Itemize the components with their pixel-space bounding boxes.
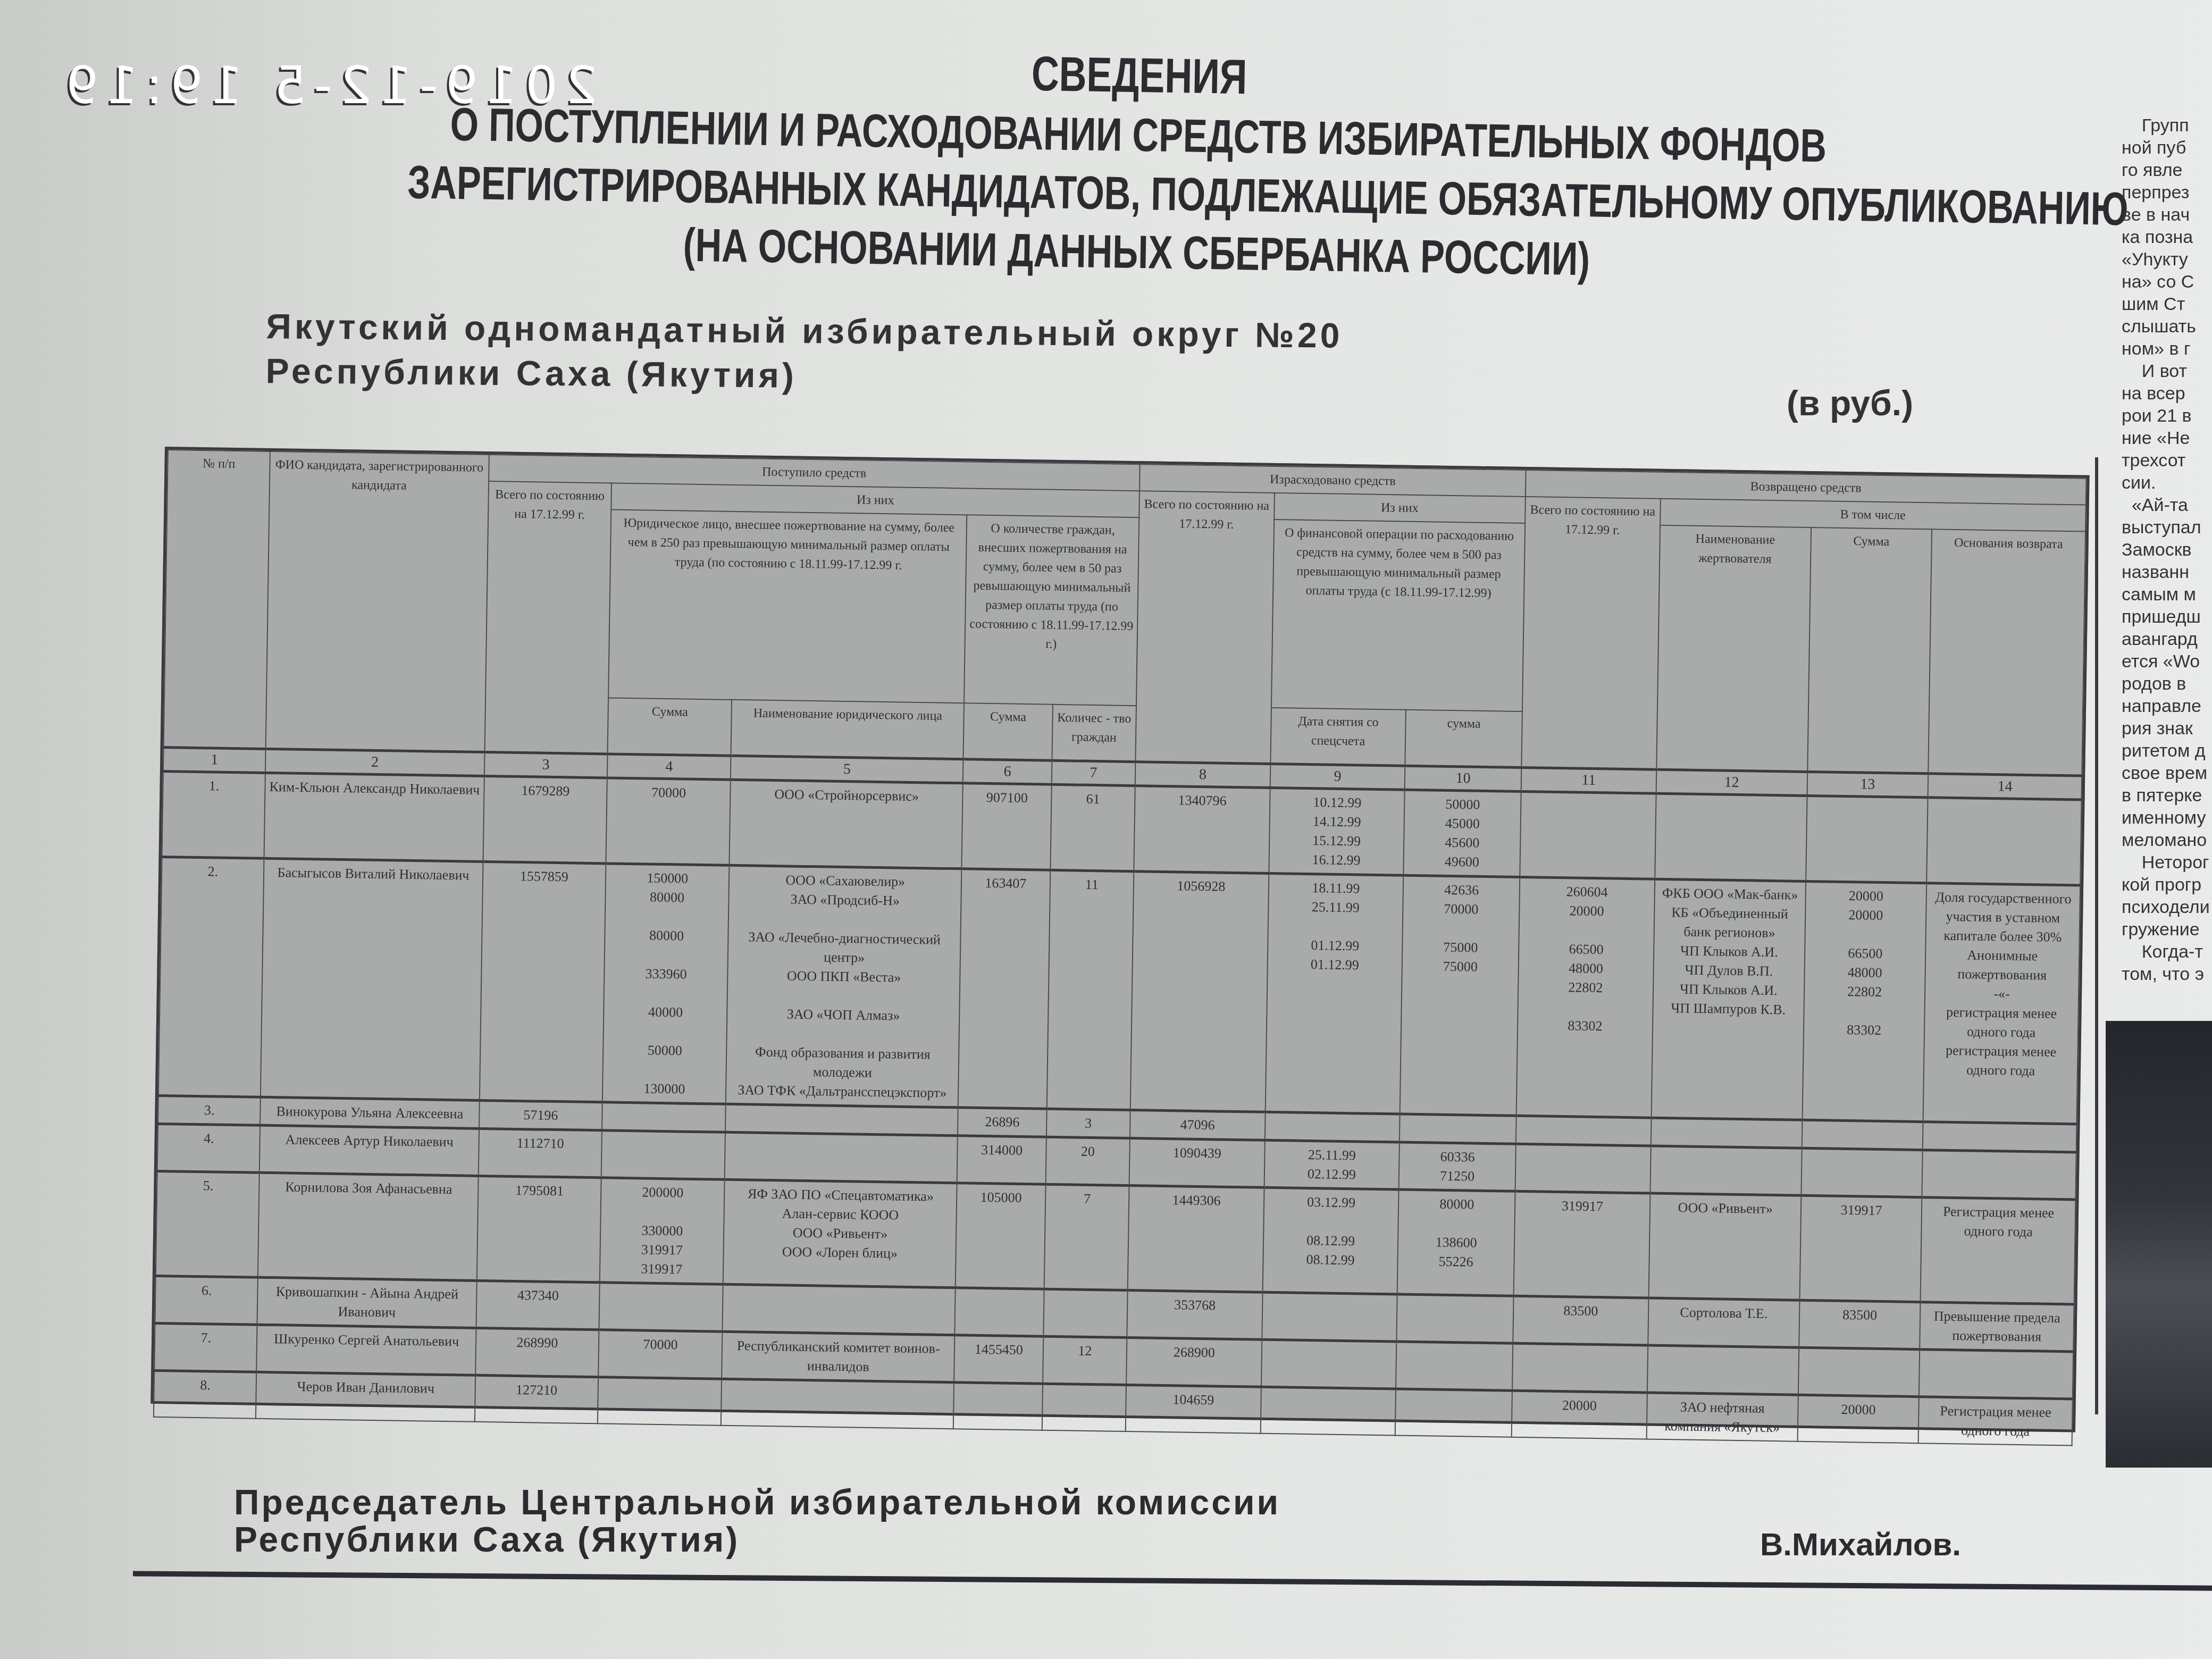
- article-line: пришедш: [2122, 606, 2212, 628]
- cell-citizens-sum: [953, 1382, 1042, 1430]
- adjacent-article-photo: [2106, 1021, 2212, 1468]
- article-line: том, что э: [2122, 963, 2212, 985]
- cell-citizens-sum: 163407: [958, 869, 1050, 1109]
- cell-spent-total: 268900: [1126, 1338, 1262, 1387]
- header-spent-of-them: Из них: [1274, 493, 1526, 523]
- cell-name: Басыгысов Виталий Николаевич: [261, 858, 483, 1100]
- cell-donor-names: Сортолова Т.Е.: [1648, 1298, 1800, 1347]
- article-line: Когда-т: [2122, 941, 2212, 963]
- funds-table: № п/п ФИО кандидата, зарегистрированного…: [153, 449, 2087, 1446]
- cell-citizens-sum: 26896: [958, 1108, 1046, 1137]
- article-line: именному: [2122, 807, 2212, 829]
- cell-citizens-sum: [955, 1288, 1044, 1336]
- cell-citizens-sum: 314000: [957, 1136, 1046, 1184]
- cell-num: 3.: [158, 1095, 261, 1125]
- article-line: «Ай-та: [2122, 494, 2212, 516]
- cell-withdraw-dates: [1265, 1112, 1400, 1142]
- article-line: рои 21 в: [2122, 405, 2212, 427]
- cell-citizens-count: 11: [1046, 870, 1134, 1110]
- cell-received-total: 437340: [476, 1280, 600, 1329]
- footer-line-1: Председатель Центральной избирательной к…: [234, 1484, 1280, 1521]
- article-line: трехсот: [2122, 449, 2212, 472]
- cell-legal-names: ООО «Стройнорсервис»: [730, 780, 963, 868]
- cell-legal-names: ЯФ ЗАО ПО «Спецавтоматика» Алан-сервис К…: [723, 1179, 957, 1287]
- article-line: ется «Wo: [2122, 650, 2212, 673]
- header-withdraw-sum: сумма: [1405, 710, 1522, 768]
- cell-return-reasons: Регистрация менее одного года: [1921, 1197, 2076, 1304]
- cell-legal-sums: 70000: [606, 778, 731, 865]
- cell-donor-names: [1650, 1118, 1802, 1148]
- cell-returned-sums: 83500: [1799, 1300, 1921, 1349]
- cell-withdraw-dates: [1260, 1387, 1396, 1435]
- currency-units: (в руб.): [1787, 383, 1913, 423]
- cell-spent-total: 104659: [1126, 1385, 1261, 1434]
- header-returned-total: Всего по состоянию на 17.12.99 г.: [1521, 497, 1660, 769]
- cell-citizens-count: 20: [1045, 1137, 1130, 1185]
- article-line: перпрез: [2122, 181, 2212, 204]
- cell-received-total: 1795081: [476, 1176, 601, 1282]
- cell-returned-sums: [1801, 1148, 1923, 1197]
- cell-name: Ким-Кльюн Александр Николаевич: [264, 773, 484, 861]
- column-number: 6: [963, 759, 1052, 784]
- cell-withdraw-dates: 03.12.99 08.12.99 08.12.99: [1262, 1187, 1399, 1294]
- cell-returned-sums: [1798, 1347, 1920, 1396]
- article-line: в пятерке: [2122, 784, 2212, 807]
- article-line: ние «Не: [2122, 427, 2212, 449]
- cell-returned-total: 260604 20000 66500 48000 22802 83302: [1516, 877, 1655, 1118]
- article-line: названн: [2122, 561, 2212, 583]
- cell-num: 6.: [155, 1276, 258, 1325]
- article-line: родов в: [2122, 673, 2212, 695]
- header-withdraw-date: Дата снятия со спецсчета: [1270, 708, 1406, 766]
- column-number: 8: [1135, 762, 1270, 788]
- article-line: ном» в г: [2122, 338, 2212, 360]
- cell-num: 7.: [154, 1323, 257, 1372]
- cell-num: 4.: [157, 1124, 261, 1172]
- cell-withdraw-sums: [1396, 1342, 1513, 1390]
- cell-return-reasons: Регистрация менее одного года: [1918, 1397, 2073, 1446]
- cell-legal-sums: 150000 80000 80000 333960 40000 50000 13…: [602, 864, 729, 1104]
- article-line: слышать: [2122, 315, 2212, 338]
- cell-legal-names: [725, 1132, 958, 1183]
- table-body: 1.Ким-Кльюн Александр Николаевич16792897…: [154, 772, 2082, 1446]
- cell-received-total: 57196: [479, 1100, 603, 1130]
- article-line: «Уhукту: [2122, 248, 2212, 271]
- cell-legal-sums: [598, 1377, 722, 1426]
- cell-withdraw-sums: 80000 138600 55226: [1397, 1189, 1515, 1296]
- cell-spent-total: 353768: [1127, 1291, 1262, 1340]
- cell-citizens-count: [1043, 1289, 1128, 1337]
- article-line: выступал: [2122, 516, 2212, 539]
- cell-num: 5.: [156, 1171, 259, 1277]
- header-spent-total: Всего по состоянию на 17.12.99 г.: [1135, 491, 1274, 764]
- article-line: Замоскв: [2122, 539, 2212, 561]
- cell-return-reasons: [1923, 1122, 2076, 1152]
- cell-returned-sums: [1802, 1120, 1923, 1150]
- article-line: свое врем: [2122, 762, 2212, 784]
- cell-withdraw-sums: 42636 70000 75000 75000: [1400, 875, 1520, 1116]
- column-number: 5: [731, 756, 963, 783]
- signature: В.Михайлов.: [1760, 1526, 1961, 1563]
- cell-donor-names: ФКБ ООО «Мак-банк» КБ «Объединенный банк…: [1651, 879, 1806, 1120]
- article-line: рия знак: [2122, 717, 2212, 740]
- article-line: на всер: [2122, 382, 2212, 405]
- article-line: шим Ст: [2122, 293, 2212, 315]
- article-line: авангард: [2122, 628, 2212, 650]
- cell-citizens-sum: 1455450: [954, 1335, 1043, 1384]
- article-line: ритетом д: [2122, 740, 2212, 762]
- cell-donor-names: [1650, 1146, 1802, 1195]
- cell-received-total: 127210: [474, 1375, 598, 1423]
- header-citizens-count: Количес - тво граждан: [1052, 705, 1136, 762]
- cell-withdraw-dates: 25.11.99 02.12.99: [1264, 1140, 1400, 1189]
- cell-return-reasons: [1926, 798, 2081, 885]
- header-citizens: О количестве граждан, внесших пожертвова…: [964, 515, 1139, 706]
- cell-num: 8.: [154, 1370, 257, 1418]
- cell-returned-sums: [1806, 795, 1928, 883]
- column-number: 1: [163, 748, 266, 773]
- article-line: направле: [2122, 695, 2212, 717]
- article-line: ве в нач: [2122, 204, 2212, 226]
- article-line: ка позна: [2122, 226, 2212, 248]
- cell-returned-sums: 20000: [1797, 1395, 1919, 1443]
- cell-name: Черов Иван Данилович: [256, 1372, 475, 1422]
- article-line: психодели: [2122, 896, 2212, 918]
- cell-citizens-count: 3: [1046, 1109, 1130, 1138]
- cell-name: Винокурова Ульяна Алексеевна: [261, 1097, 480, 1128]
- header-num: № п/п: [164, 450, 271, 749]
- cell-spent-total: 47096: [1130, 1110, 1265, 1141]
- cell-legal-names: [721, 1379, 954, 1429]
- header-donor-name: Наименование жертвователя: [1656, 525, 1811, 772]
- district-heading: Якутский одномандатный избирательный окр…: [265, 304, 1343, 403]
- cell-legal-names: [725, 1104, 958, 1135]
- cell-received-total: 1112710: [478, 1128, 602, 1177]
- article-line: самым м: [2122, 583, 2212, 606]
- cell-return-reasons: Превышение предела пожертвования: [1920, 1302, 2074, 1352]
- header-legal-sum: Сумма: [608, 698, 732, 756]
- cell-withdraw-dates: [1262, 1292, 1397, 1342]
- cell-spent-total: 1449306: [1128, 1186, 1264, 1293]
- cell-donor-names: ЗАО нефтяная компания «Якутск»: [1646, 1393, 1798, 1442]
- cell-name: Кривошапкин - Айына Андрей Иванович: [257, 1277, 476, 1328]
- cell-return-reasons: [1922, 1150, 2076, 1200]
- cell-name: Шкуренко Сергей Анатольевич: [257, 1325, 476, 1375]
- cell-withdraw-sums: 50000 45000 45600 49600: [1404, 790, 1521, 877]
- column-number: 3: [484, 752, 607, 777]
- article-line: Неторог: [2122, 851, 2212, 874]
- cell-withdraw-dates: 10.12.99 14.12.99 15.12.99 16.12.99: [1269, 787, 1405, 875]
- cell-withdraw-sums: 60336 71250: [1399, 1142, 1516, 1191]
- cell-num: 2.: [158, 857, 264, 1097]
- cell-return-reasons: [1919, 1350, 2073, 1399]
- article-line: го явле: [2122, 159, 2212, 181]
- cell-legal-sums: 200000 330000 319917 319917: [600, 1178, 725, 1284]
- cell-withdraw-dates: [1261, 1339, 1397, 1389]
- column-number: 4: [607, 754, 731, 780]
- article-line: кой прогр: [2122, 874, 2212, 896]
- cell-legal-sums: [601, 1130, 725, 1179]
- table-row: 2.Басыгысов Виталий Николаевич1557859150…: [158, 857, 2080, 1124]
- table-right-border: [2095, 457, 2098, 1414]
- article-line: Групп: [2122, 114, 2212, 137]
- cell-name: Корнилова Зоя Афанасьевна: [258, 1172, 478, 1280]
- cell-donor-names: [1655, 793, 1807, 881]
- cell-citizens-count: [1042, 1384, 1126, 1431]
- article-line: И вот: [2122, 360, 2212, 382]
- footer-chairman: Председатель Центральной избирательной к…: [234, 1484, 1280, 1558]
- cell-donor-names: [1647, 1345, 1799, 1395]
- cell-received-total: 268990: [475, 1328, 599, 1377]
- header-legal-name: Наименование юридического лица: [731, 700, 965, 759]
- cell-withdraw-sums: [1397, 1294, 1514, 1343]
- column-number: 2: [265, 749, 484, 776]
- cell-withdraw-sums: [1395, 1389, 1512, 1437]
- cell-withdraw-sums: [1400, 1114, 1516, 1144]
- cell-num: 1.: [162, 772, 266, 859]
- header-return-reason: Основания возврата: [1929, 529, 2086, 776]
- article-line: сии.: [2122, 472, 2212, 494]
- cell-received-total: 1679289: [483, 776, 607, 863]
- cell-legal-sums: [602, 1102, 726, 1132]
- cell-returned-total: 20000: [1512, 1390, 1647, 1439]
- document-title: СВЕДЕНИЯ О ПОСТУПЛЕНИИ И РАСХОДОВАНИИ СР…: [200, 33, 2075, 296]
- bottom-divider: [133, 1571, 2212, 1590]
- column-number: 7: [1051, 760, 1135, 785]
- cell-withdraw-dates: 18.11.99 25.11.99 01.12.99 01.12.99: [1265, 873, 1403, 1114]
- cell-legal-names: [723, 1284, 956, 1335]
- cell-returned-sums: 319917: [1799, 1195, 1922, 1302]
- cell-legal-sums: [599, 1283, 723, 1331]
- cell-returned-total: [1520, 791, 1656, 879]
- cell-name: Алексеев Артур Николаевич: [259, 1125, 479, 1176]
- cell-legal-sums: 70000: [598, 1330, 722, 1379]
- header-legal-entity: Юридическое лицо, внесшее пожертвование …: [608, 509, 967, 703]
- header-citizens-sum: Сумма: [963, 703, 1053, 760]
- column-number: 13: [1807, 772, 1928, 797]
- article-line: гружение: [2122, 918, 2212, 941]
- column-number: 11: [1521, 767, 1656, 793]
- cell-donor-names: ООО «Ривьент»: [1648, 1193, 1801, 1300]
- cell-returned-sums: 20000 20000 66500 48000 22802 83302: [1802, 881, 1926, 1121]
- header-fin-operation: О финансовой операции по расходованию ср…: [1271, 520, 1525, 711]
- cell-returned-total: [1512, 1343, 1648, 1393]
- article-line: на» со С: [2122, 271, 2212, 293]
- column-number: 10: [1405, 766, 1521, 791]
- cell-returned-total: 83500: [1513, 1296, 1648, 1345]
- column-number: 14: [1928, 774, 2082, 800]
- cell-spent-total: 1340796: [1134, 786, 1270, 874]
- cell-legal-names: ООО «Сахаювелир» ЗАО «Продсиб-Н» ЗАО «Ле…: [726, 865, 962, 1107]
- cell-citizens-sum: 105000: [956, 1183, 1045, 1289]
- cell-return-reasons: Доля государственного участия в уставном…: [1923, 883, 2080, 1124]
- article-line: ной пуб: [2122, 137, 2212, 159]
- cell-returned-total: [1515, 1144, 1650, 1193]
- cell-spent-total: 1090439: [1129, 1138, 1265, 1188]
- cell-returned-total: 319917: [1514, 1191, 1650, 1298]
- footer-line-2: Республики Саха (Якутия): [234, 1521, 1280, 1558]
- header-name: ФИО кандидата, зарегистрированного канди…: [266, 451, 489, 752]
- adjacent-article-column: Группной пубго явлеперпрезве в начка поз…: [2122, 114, 2212, 985]
- cell-citizens-count: 61: [1050, 784, 1135, 871]
- header-returned-sum: Сумма: [1807, 527, 1932, 774]
- election-funds-table: № п/п ФИО кандидата, зарегистрированного…: [150, 447, 2089, 1432]
- column-number: 12: [1656, 769, 1807, 795]
- cell-spent-total: 1056928: [1130, 872, 1269, 1112]
- article-line: меломано: [2122, 829, 2212, 851]
- cell-citizens-count: 7: [1044, 1184, 1129, 1290]
- district-line-2: Республики Саха (Якутия): [265, 348, 1343, 403]
- cell-returned-total: [1516, 1116, 1651, 1146]
- cell-received-total: 1557859: [479, 861, 606, 1102]
- cell-citizens-count: 12: [1043, 1336, 1127, 1385]
- cell-citizens-sum: 907100: [962, 783, 1052, 870]
- header-received-total: Всего по состоянию на 17.12.99 г.: [484, 481, 611, 754]
- cell-legal-names: Республиканский комитет воинов-инвалидов: [722, 1331, 955, 1382]
- column-number: 9: [1270, 764, 1405, 790]
